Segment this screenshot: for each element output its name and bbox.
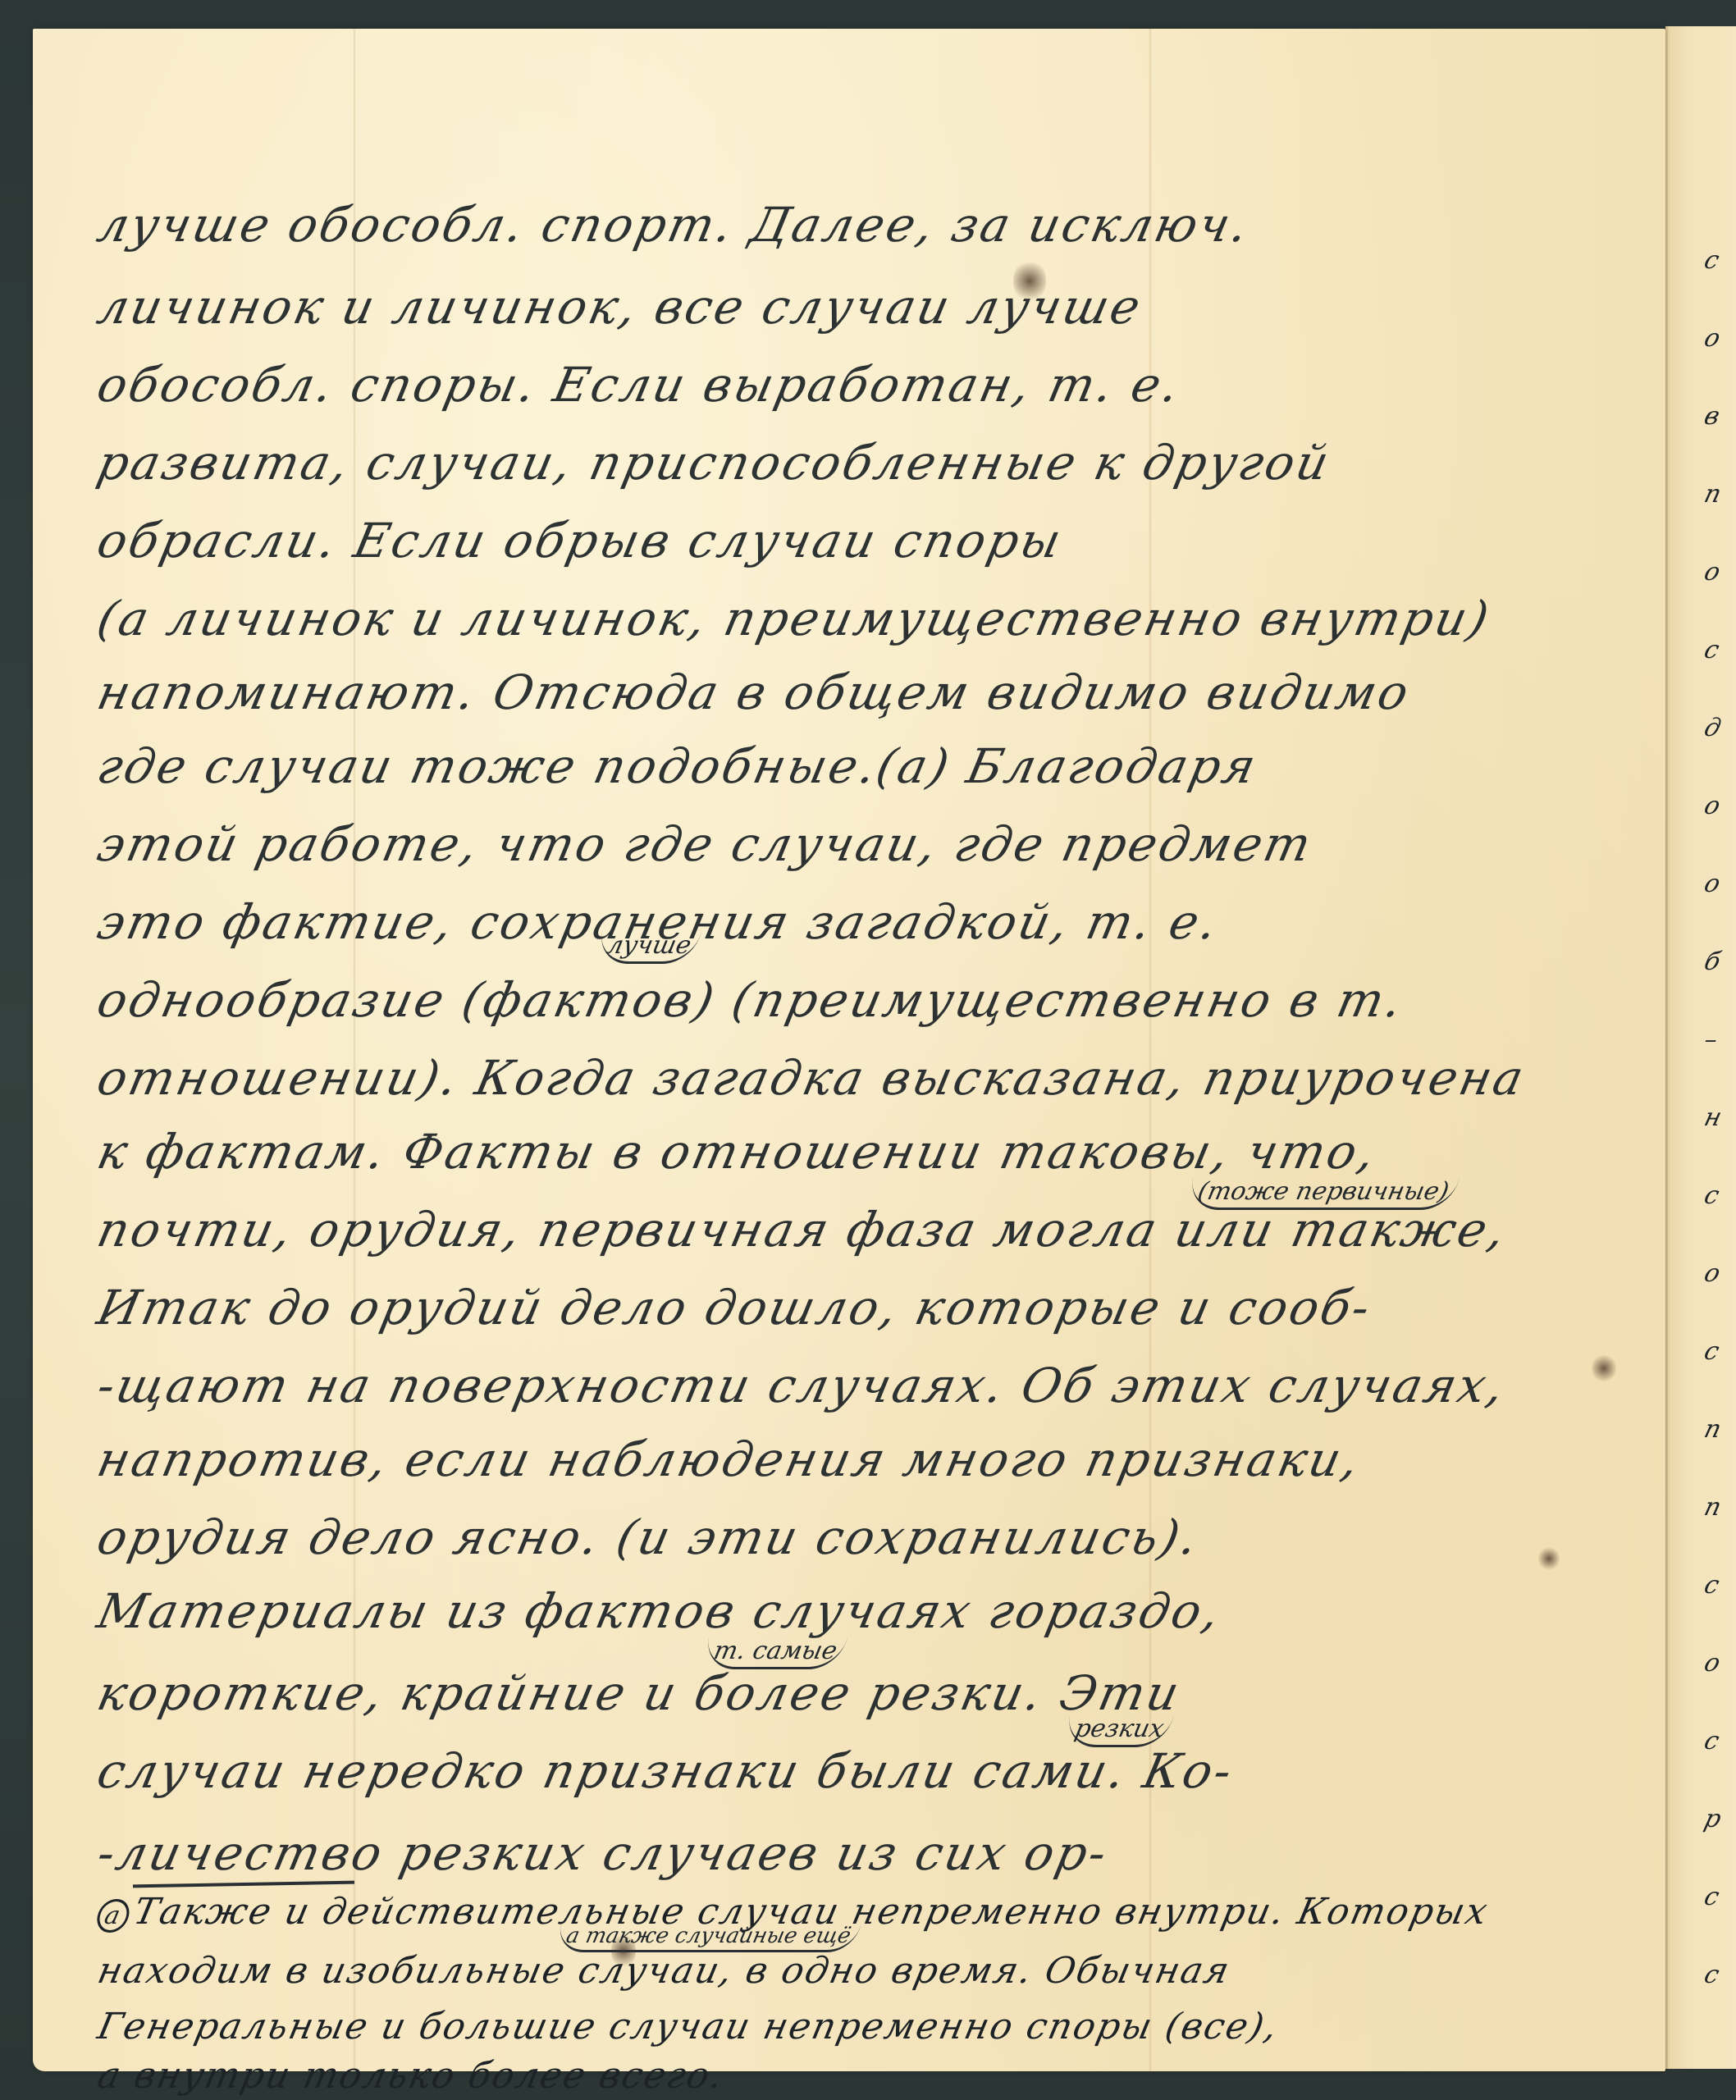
manuscript-line: короткие, крайние и более резки. Эти [93, 1665, 1186, 1721]
manuscript-line: однообразие (фактов) (преимущественно в … [93, 972, 1409, 1028]
interlinear-insertion: т. самые [702, 1637, 848, 1669]
interlinear-insertion: а также случайные ещё [555, 1924, 861, 1952]
footnote-marker: a [94, 1899, 133, 1933]
interlinear-insertion: резких [1063, 1714, 1175, 1747]
manuscript-line: к фактам. Факты в отношении таковы, что, [93, 1124, 1382, 1180]
manuscript-line: отношении). Когда загадка высказана, при… [93, 1050, 1531, 1106]
ink-blot [1592, 1354, 1616, 1383]
manuscript-line: личинок и личинок, все случаи лучше [93, 279, 1148, 335]
interlinear-insertion: лучше [596, 931, 702, 964]
manuscript-line: развита, случаи, приспособленные к друго… [93, 435, 1336, 491]
manuscript-line: Итак до орудий дело дошло, которые и соо… [93, 1280, 1377, 1335]
manuscript-line: этой работе, что где случаи, где предмет [93, 816, 1318, 872]
manuscript-line: лучше обособл. спорт. Далее, за исключ. [93, 197, 1255, 253]
manuscript-line: где случаи тоже подобные.(a) Благодаря [93, 738, 1263, 794]
manuscript-line: напротив, если наблюдения много признаки… [93, 1431, 1366, 1487]
ink-blot [1538, 1546, 1560, 1571]
footnote-line: а внутри только более всего. [94, 2055, 729, 2097]
adjacent-page-edge [1665, 26, 1736, 2069]
manuscript-line: обособл. споры. Если выработан, т. е. [93, 357, 1186, 413]
footnote-line: находим в изобильные случаи, в одно врем… [94, 1950, 1235, 1992]
manuscript-line: -личество резких случаев из сих ор- [93, 1825, 1114, 1881]
manuscript-line: почти, орудия, первичная фаза могла или … [93, 1202, 1513, 1258]
manuscript-line: случаи нередко признаки были сами. Ко- [93, 1743, 1240, 1799]
manuscript-line: (а личинок и личинок, преимущественно вн… [93, 591, 1496, 646]
manuscript-line: Материалы из фактов случаях гораздо, [93, 1583, 1227, 1639]
manuscript-line: орудия дело ясно. (и эти сохранились). [93, 1509, 1205, 1565]
manuscript-line: обрасли. Если обрыв случаи споры [93, 513, 1068, 568]
footnote-line: Генеральные и большие случаи непременно … [94, 2006, 1283, 2047]
manuscript-line: напоминают. Отсюда в общем видимо видимо [93, 664, 1416, 720]
manuscript-line: -щают на поверхности случаях. Об этих сл… [93, 1358, 1511, 1413]
